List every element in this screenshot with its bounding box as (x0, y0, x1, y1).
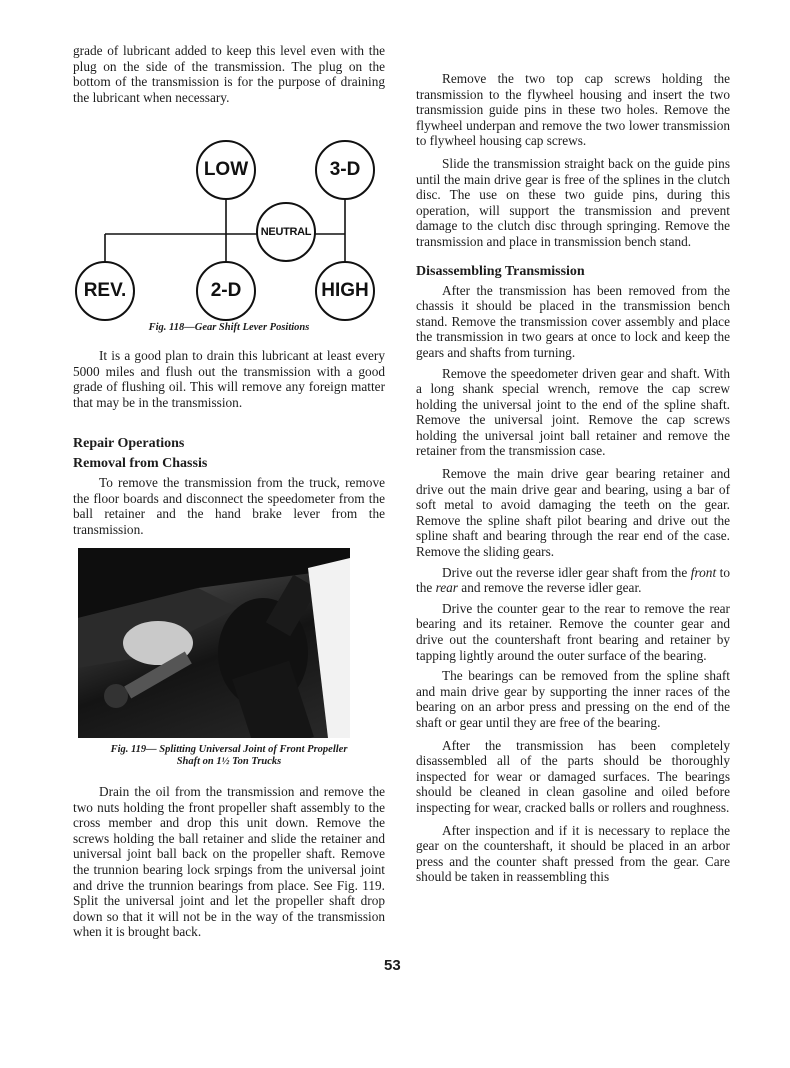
repair-operations-section: Repair Operations Removal from Chassis T… (73, 435, 385, 537)
gear-shift-diagram: LOW 3-D NEUTRAL REV. 2-D HIGH (73, 138, 385, 328)
heading-repair-operations: Repair Operations (73, 435, 385, 452)
figure-119-photo (78, 548, 350, 738)
paragraph-slide-transmission: Slide the transmission straight back on … (416, 156, 730, 250)
figure-119-caption-line1: Fig. 119— Splitting Universal Joint of F… (73, 744, 385, 756)
gear-position-low: LOW (196, 140, 256, 200)
paragraph-remove-cap-screws: Remove the two top cap screws holding th… (416, 71, 730, 149)
emphasis-rear: rear (436, 580, 458, 595)
paragraph-main-drive-gear: Remove the main drive gear bearing retai… (416, 466, 730, 560)
gear-position-reverse: REV. (75, 261, 135, 321)
paragraph-counter-gear: Drive the counter gear to the rear to re… (416, 601, 730, 663)
paragraph-reverse-idler: Drive out the reverse idler gear shaft f… (416, 565, 730, 596)
paragraph-bearings-removal: The bearings can be removed from the spl… (416, 668, 730, 730)
paragraph-bench-stand: After the transmission has been removed … (416, 283, 730, 361)
paragraph-drain-oil: Drain the oil from the transmission and … (73, 784, 385, 940)
heading-disassembling-transmission: Disassembling Transmission (416, 263, 730, 280)
right-column: Remove the two top cap screws holding th… (416, 71, 730, 885)
figure-119-caption-line2: Shaft on 1½ Ton Trucks (73, 756, 385, 768)
left-column-bottom: Drain the oil from the transmission and … (73, 784, 385, 940)
gear-position-third: 3-D (315, 140, 375, 200)
figure-119-caption: Fig. 119— Splitting Universal Joint of F… (73, 744, 385, 768)
paragraph-inspection: After the transmission has been complete… (416, 738, 730, 816)
gear-position-neutral: NEUTRAL (256, 202, 316, 262)
paragraph-lubricant-level: grade of lubricant added to keep this le… (73, 43, 385, 105)
emphasis-front: front (691, 565, 716, 580)
page-number: 53 (384, 957, 401, 974)
paragraph-speedometer-gear: Remove the speedometer driven gear and s… (416, 366, 730, 460)
text-segment: and remove the reverse idler gear. (458, 580, 641, 595)
gear-position-high: HIGH (315, 261, 375, 321)
text-segment: Drive out the reverse idler gear shaft f… (442, 565, 691, 580)
figure-118-caption: Fig. 118—Gear Shift Lever Positions (73, 322, 385, 334)
left-column-mid: It is a good plan to drain this lubrican… (73, 348, 385, 410)
paragraph-drain-lubricant: It is a good plan to drain this lubrican… (73, 348, 385, 410)
universal-joint-photo-illustration (78, 548, 350, 738)
gear-position-second: 2-D (196, 261, 256, 321)
paragraph-replace-gear: After inspection and if it is necessary … (416, 823, 730, 885)
paragraph-remove-floor-boards: To remove the transmission from the truc… (73, 475, 385, 537)
heading-removal-from-chassis: Removal from Chassis (73, 455, 385, 472)
